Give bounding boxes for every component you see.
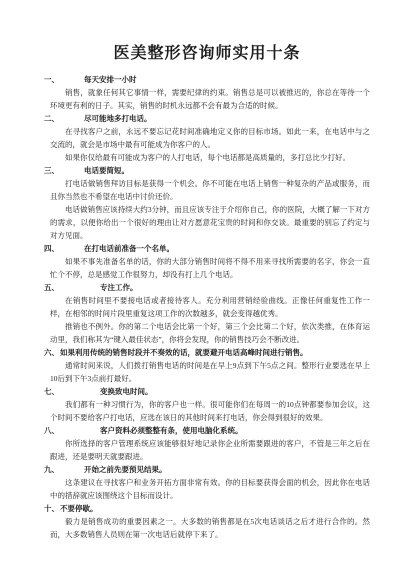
item-number: 五、 — [44, 281, 100, 294]
list-item: 七、变换致电时间。我们都有一种习惯行为，你的客户也一样。很可能你们在每周一的10… — [44, 385, 370, 424]
item-heading-text: 每天安排一小时 — [84, 75, 137, 84]
item-heading-text: 电话要简短。 — [84, 166, 129, 175]
item-number: 二、 — [44, 112, 84, 125]
item-heading: 六、如果利用传统的销售时段并不奏效的话，就要避开电话高峰时间进行销售。 — [44, 346, 370, 359]
item-number: 七、 — [44, 385, 100, 398]
item-paragraph: 这条建议在寻找客户和业务开拓方面非常有效。你的目标要获得会面的机会，因此你在电话… — [50, 476, 370, 502]
list-item: 九、开始之前先要预见结果。这条建议在寻找客户和业务开拓方面非常有效。你的目标要获… — [44, 463, 370, 502]
item-paragraph: 我们都有一种习惯行为，你的客户也一样。很可能你们在每周一的10点钟都要参加会议，… — [50, 398, 370, 424]
item-heading: 七、变换致电时间。 — [44, 385, 370, 398]
list-item: 十、不要停歇。毅力是销售成功的重要因素之一。大多数的销售都是在5次电话谈话之后才… — [44, 502, 370, 541]
item-number: 十、 — [44, 502, 60, 515]
item-heading: 三、电话要简短。 — [44, 164, 370, 177]
list-item: 三、电话要简短。打电话做销售拜访目标是获得一个机会。你不可能在电话上销售一种复杂… — [44, 164, 370, 242]
item-paragraph: 通常时间来说，人们拨打销售电话的时间是在早上9点到下午5点之间。整形行业要选在早… — [50, 359, 370, 385]
item-heading-text: 客户资料必须整整有条，使用电脑化系统。 — [100, 426, 243, 435]
list-item: 一、每天安排一小时销售，就象任何其它事情一样，需要纪律的约束。销售总是可以被推迟… — [44, 73, 370, 112]
list-item: 二、尽可能地多打电话。在寻找客户之前，永远不要忘记花时间准确地定义你的目标市场。… — [44, 112, 370, 164]
document-title: 医美整形咨询师实用十条 — [44, 40, 370, 63]
item-paragraph: 毅力是销售成功的重要因素之一。大多数的销售都是在5次电话谈话之后才进行合作的。然… — [50, 515, 370, 541]
list-item: 五、专注工作。在销售时间里不要接电话或者接待客人。充分利用营销经验曲线。正像任何… — [44, 281, 370, 346]
item-paragraph: 你所选择的客户管理系统应该能够很好地记录你企业所需要跟进的客户，不管是三年之后在… — [50, 437, 370, 463]
item-heading: 一、每天安排一小时 — [44, 73, 370, 86]
item-heading-text: 在打电话前准备一个名单。 — [84, 244, 174, 253]
item-number: 四、 — [44, 242, 84, 255]
item-heading-text: 变换致电时间。 — [100, 387, 153, 396]
list-item: 八、客户资料必须整整有条，使用电脑化系统。你所选择的客户管理系统应该能够很好地记… — [44, 424, 370, 463]
item-heading: 九、开始之前先要预见结果。 — [44, 463, 370, 476]
item-number: 三、 — [44, 164, 84, 177]
item-heading-text: 开始之前先要预见结果。 — [84, 465, 167, 474]
items-list: 一、每天安排一小时销售，就象任何其它事情一样，需要纪律的约束。销售总是可以被推迟… — [44, 73, 370, 541]
item-number: 一、 — [44, 73, 84, 86]
item-paragraph: 如果你仅给最有可能成为客户的人打电话，每个电话都是高质量的，多打总比少打好。 — [50, 151, 370, 164]
item-paragraph: 如果不事先准备名单的话，你的大部分销售时间将不得不用来寻找所需要的名字，你会一直… — [50, 255, 370, 281]
list-item: 六、如果利用传统的销售时段并不奏效的话，就要避开电话高峰时间进行销售。通常时间来… — [44, 346, 370, 385]
item-heading: 十、不要停歇。 — [44, 502, 370, 515]
item-heading-text: 不要停歇。 — [60, 504, 98, 513]
item-paragraph: 在寻找客户之前，永远不要忘记花时间准确地定义你的目标市场。如此一来，在电话中与之… — [50, 125, 370, 151]
item-number: 八、 — [44, 424, 100, 437]
item-paragraph: 打电话做销售拜访目标是获得一个机会。你不可能在电话上销售一种复杂的产品或服务，而… — [50, 177, 370, 203]
item-heading-text: 专注工作。 — [100, 283, 138, 292]
item-paragraph: 销售，就象任何其它事情一样，需要纪律的约束。销售总是可以被推迟的，你总在等待一个… — [50, 86, 370, 112]
item-heading: 五、专注工作。 — [44, 281, 370, 294]
item-number: 六、 — [44, 346, 60, 359]
item-heading: 二、尽可能地多打电话。 — [44, 112, 370, 125]
item-paragraph: 在销售时间里不要接电话或者接待客人。充分利用营销经验曲线。正像任何重复性工作一样… — [50, 294, 370, 320]
item-heading: 四、在打电话前准备一个名单。 — [44, 242, 370, 255]
item-heading: 八、客户资料必须整整有条，使用电脑化系统。 — [44, 424, 370, 437]
document-page: 医美整形咨询师实用十条 一、每天安排一小时销售，就象任何其它事情一样，需要纪律的… — [0, 0, 410, 580]
item-paragraph: 推销也不例外。你的第二个电话会比第一个好，第三个会比第二个好，依次类推，在体育运… — [50, 320, 370, 346]
item-heading-text: 尽可能地多打电话。 — [84, 114, 152, 123]
item-number: 九、 — [44, 463, 84, 476]
list-item: 四、在打电话前准备一个名单。如果不事先准备名单的话，你的大部分销售时间将不得不用… — [44, 242, 370, 281]
item-heading-text: 如果利用传统的销售时段并不奏效的话，就要避开电话高峰时间进行销售。 — [60, 348, 308, 357]
item-paragraph: 电话做销售应该持续大约3分钟，而且应该专注于介绍你自己，你的医院，大概了解一下对… — [50, 203, 370, 242]
